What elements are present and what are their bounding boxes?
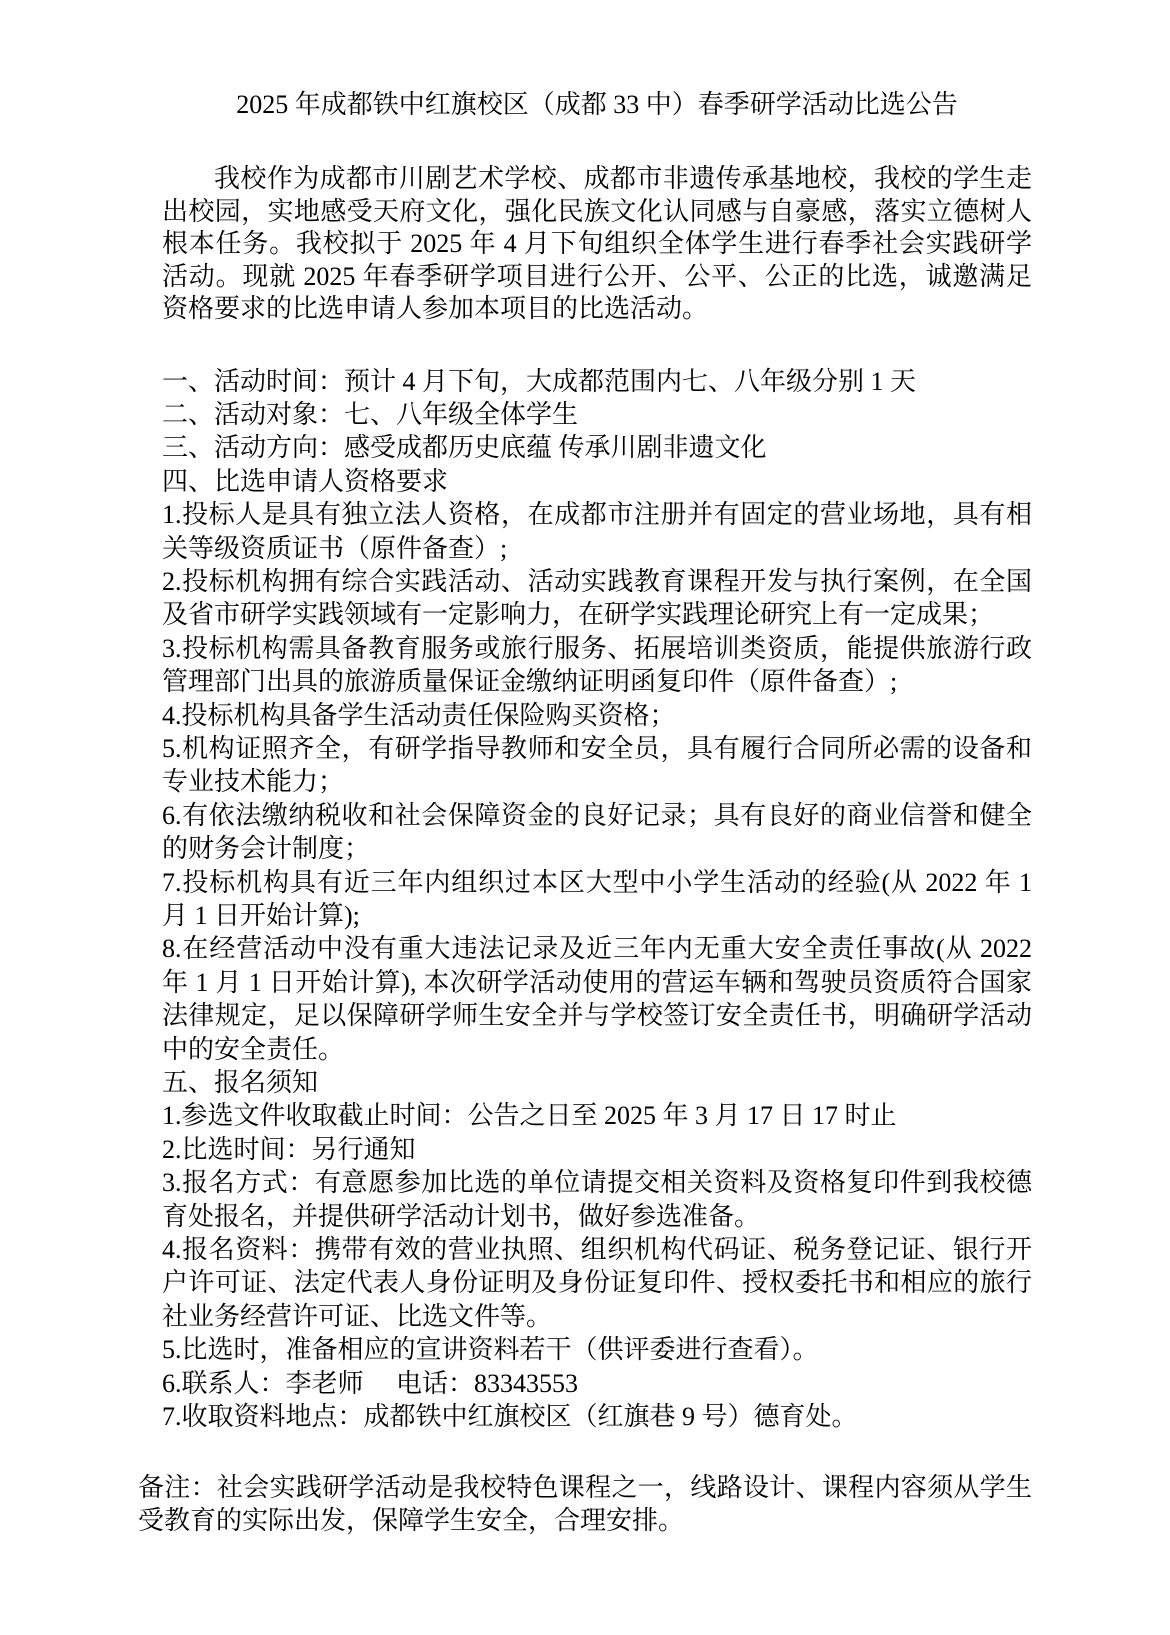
signup-item-5: 5.比选时，准备相应的宣讲资料若干（供评委进行查看）。 (162, 1333, 1032, 1366)
page-title: 2025 年成都铁中红旗校区（成都 33 中）春季研学活动比选公告 (162, 88, 1032, 121)
requirement-4: 4.投标机构具备学生活动责任保险购买资格； (162, 699, 1032, 732)
requirement-2: 2.投标机构拥有综合实践活动、活动实践教育课程开发与执行案例，在全国及省市研学实… (162, 565, 1032, 632)
document-page: 2025 年成都铁中红旗校区（成都 33 中）春季研学活动比选公告 我校作为成都… (0, 0, 1170, 1635)
requirement-1: 1.投标人是具有独立法人资格，在成都市注册并有固定的营业场地，具有相关等级资质证… (162, 498, 1032, 565)
requirement-7: 7.投标机构具有近三年内组织过本区大型中小学生活动的经验(从 2022 年 1 … (162, 866, 1032, 933)
signup-item-2: 2.比选时间：另行通知 (162, 1133, 1032, 1166)
remark-paragraph: 备注：社会实践研学活动是我校特色课程之一，线路设计、课程内容须从学生受教育的实际… (138, 1471, 1032, 1538)
requirement-3: 3.投标机构需具备教育服务或旅行服务、拓展培训类资质，能提供旅游行政管理部门出具… (162, 632, 1032, 699)
document-content: 2025 年成都铁中红旗校区（成都 33 中）春季研学活动比选公告 我校作为成都… (162, 88, 1032, 1537)
section4-heading: 四、比选申请人资格要求 (162, 465, 1032, 498)
signup-item-3: 3.报名方式：有意愿参加比选的单位请提交相关资料及资格复印件到我校德育处报名，并… (162, 1166, 1032, 1233)
line-activity-time: 一、活动时间：预计 4 月下旬，大成都范围内七、八年级分别 1 天 (162, 365, 1032, 398)
section5-heading: 五、报名须知 (162, 1066, 1032, 1099)
signup-item-1: 1.参选文件收取截止时间：公告之日至 2025 年 3 月 17 日 17 时止 (162, 1099, 1032, 1132)
requirement-5: 5.机构证照齐全，有研学指导教师和安全员，具有履行合同所必需的设备和专业技术能力… (162, 732, 1032, 799)
requirement-8: 8.在经营活动中没有重大违法记录及近三年内无重大安全责任事故(从 2022 年 … (162, 932, 1032, 1066)
intro-paragraph: 我校作为成都市川剧艺术学校、成都市非遗传承基地校，我校的学生走出校园，实地感受天… (162, 163, 1032, 326)
document-body: 一、活动时间：预计 4 月下旬，大成都范围内七、八年级分别 1 天 二、活动对象… (162, 365, 1032, 1434)
signup-item-6-contact: 6.联系人：李老师 电话：83343553 (162, 1367, 1032, 1400)
line-activity-direction: 三、活动方向：感受成都历史底蕴 传承川剧非遗文化 (162, 431, 1032, 464)
requirement-6: 6.有依法缴纳税收和社会保障资金的良好记录；具有良好的商业信誉和健全的财务会计制… (162, 799, 1032, 866)
signup-item-7-address: 7.收取资料地点：成都铁中红旗校区（红旗巷 9 号）德育处。 (162, 1400, 1032, 1433)
signup-item-4: 4.报名资料：携带有效的营业执照、组织机构代码证、税务登记证、银行开户许可证、法… (162, 1233, 1032, 1333)
line-activity-target: 二、活动对象：七、八年级全体学生 (162, 398, 1032, 431)
